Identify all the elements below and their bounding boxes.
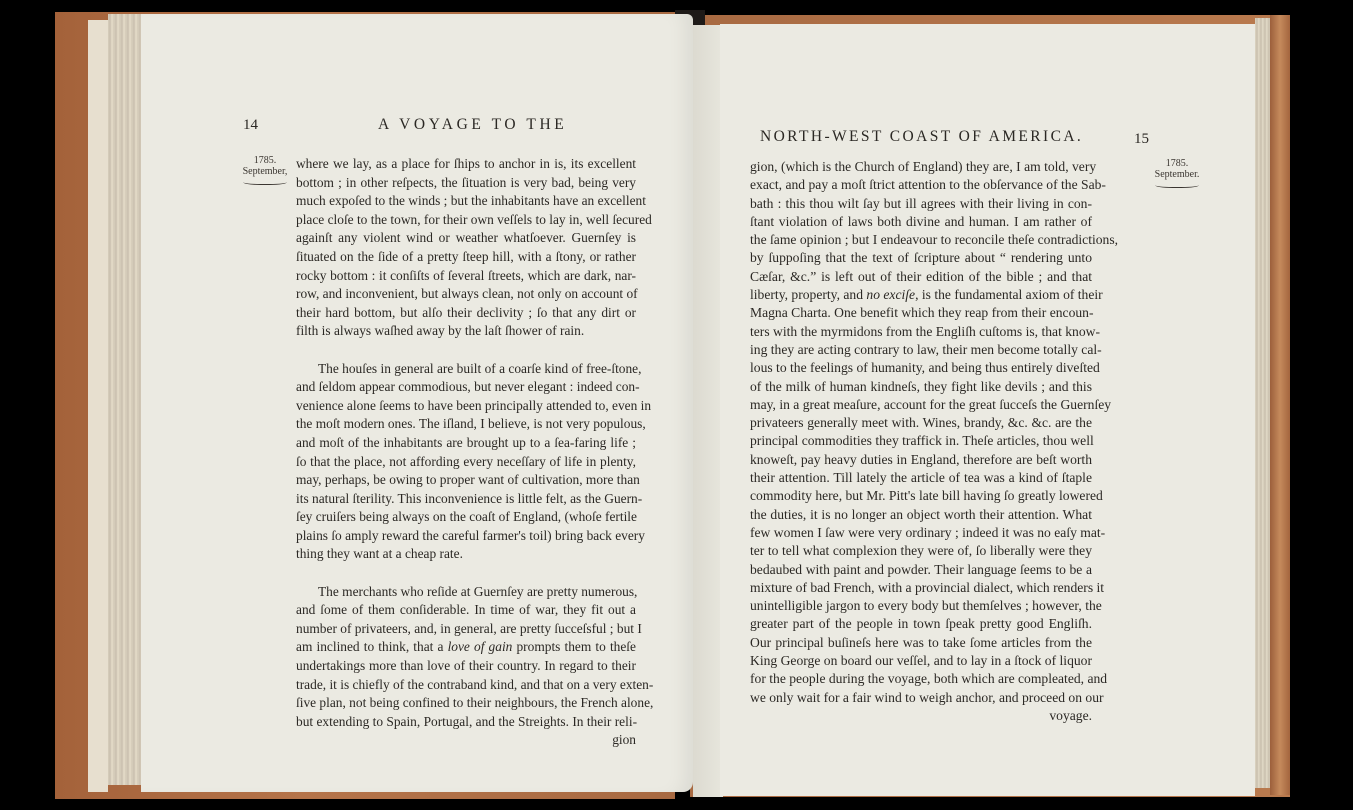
page-number-left: 14 bbox=[243, 117, 258, 134]
text-line: ſive plan, not being confined to their n… bbox=[296, 694, 636, 713]
margin-year: 1785. bbox=[240, 155, 290, 166]
left-endpaper bbox=[88, 20, 108, 792]
text-line: but extending to Spain, Portugal, and th… bbox=[296, 713, 636, 732]
text-line: ing they are acting contrary to law, the… bbox=[750, 341, 1092, 359]
text-line: commodity here, but Mr. Pitt's late bill… bbox=[750, 487, 1092, 505]
italic-phrase: no exciſe bbox=[866, 287, 915, 302]
margin-note-left: 1785. September, bbox=[240, 155, 290, 185]
text-line: where we lay, as a place for ſhips to an… bbox=[296, 155, 636, 174]
right-board-edge bbox=[1270, 15, 1290, 795]
text-line: unintelligible jargon to every body but … bbox=[750, 597, 1092, 615]
text-line: bottom ; in other reſpects, the ſituatio… bbox=[296, 174, 636, 193]
text-line: much expoſed to the winds ; but the inha… bbox=[296, 192, 636, 211]
left-page-edges bbox=[108, 14, 143, 785]
text-line: againſt any violent wind or weather what… bbox=[296, 229, 636, 248]
text-line: bath : this thou wilt ſay but ill agrees… bbox=[750, 195, 1092, 213]
catchword: voyage. bbox=[750, 707, 1092, 725]
text-line: for the people during the voyage, both w… bbox=[750, 670, 1092, 688]
brace-icon bbox=[1155, 181, 1199, 188]
running-head-left: A VOYAGE TO THE bbox=[378, 116, 567, 134]
text-line: the ſame opinion ; but I endeavour to re… bbox=[750, 231, 1092, 249]
text-line: ſtant violation of laws both divine and … bbox=[750, 213, 1092, 231]
text-line: mixture of bad French, with a provincial… bbox=[750, 579, 1092, 597]
gutter bbox=[693, 25, 723, 797]
text-line: may, in a great meaſure, account for the… bbox=[750, 396, 1092, 414]
text-line: filth is always waſhed away by the laſt … bbox=[296, 322, 636, 341]
text-line: by ſuppoſing that the text of ſcripture … bbox=[750, 249, 1092, 267]
text-line: bedaubed with paint and powder. Their la… bbox=[750, 561, 1092, 579]
text-line: of the milk of human kindneſs, they figh… bbox=[750, 378, 1092, 396]
text-line: Cæſar, &c.” is left out of their edition… bbox=[750, 268, 1092, 286]
text-line: greater part of the people in town ſpeak… bbox=[750, 615, 1092, 633]
text-line: Our principal buſineſs here was to take … bbox=[750, 634, 1092, 652]
text-line: ter to tell what complexion they were of… bbox=[750, 542, 1092, 560]
text-line: gion, (which is the Church of England) t… bbox=[750, 158, 1092, 176]
text-line: and ſeldom appear commodious, but never … bbox=[296, 378, 636, 397]
paragraph-gap bbox=[296, 341, 636, 360]
text-line: may, perhaps, be owing to proper want of… bbox=[296, 471, 636, 490]
text-line: the moſt modern ones. The iſland, I beli… bbox=[296, 415, 636, 434]
text-line: lous to the feelings of humanity, and be… bbox=[750, 359, 1092, 377]
text-line: privateers generally meet with. Wines, b… bbox=[750, 414, 1092, 432]
catchword: gion bbox=[296, 731, 636, 750]
text-line: few women I ſaw were very ordinary ; ind… bbox=[750, 524, 1092, 542]
text-line: their attention. Till lately the article… bbox=[750, 469, 1092, 487]
right-page-body: gion, (which is the Church of England) t… bbox=[750, 158, 1092, 725]
text-line: ters with the myrmidons from the Engliſh… bbox=[750, 323, 1092, 341]
page-number-right: 15 bbox=[1134, 131, 1149, 148]
text-line: number of privateers, and, in general, a… bbox=[296, 620, 636, 639]
text-line: ſey cruiſers being always on the coaſt o… bbox=[296, 508, 636, 527]
text-line: ſo that the place, not affording every n… bbox=[296, 453, 636, 472]
margin-month: September, bbox=[240, 166, 290, 177]
text-line: row, and inconvenient, but always clean,… bbox=[296, 285, 636, 304]
text-line: King George on board our veſſel, and to … bbox=[750, 652, 1092, 670]
text-line: ſituated on the ſide of a pretty ſteep h… bbox=[296, 248, 636, 267]
text-line: The merchants who reſide at Guernſey are… bbox=[296, 583, 636, 602]
text-line-with-italic: liberty, property, and no exciſe, is the… bbox=[750, 286, 1092, 304]
brace-icon bbox=[243, 178, 287, 185]
text-line: undertakings more than love of their cou… bbox=[296, 657, 636, 676]
text-line: Magna Charta. One benefit which they rea… bbox=[750, 304, 1092, 322]
text-line: and moſt of the inhabitants are brought … bbox=[296, 434, 636, 453]
italic-phrase: love of gain bbox=[448, 639, 513, 654]
text-line: place cloſe to the town, for their own v… bbox=[296, 211, 636, 230]
margin-month: September. bbox=[1148, 169, 1206, 180]
text-line: trade, it is chiefly of the contraband k… bbox=[296, 676, 636, 695]
text-line: the duties, it is no longer an object wo… bbox=[750, 506, 1092, 524]
text-line: their hard bottom, but alſo their decliv… bbox=[296, 304, 636, 323]
text-line: exact, and pay a moſt ſtrict attention t… bbox=[750, 176, 1092, 194]
text-line: plains ſo amply reward the careful farme… bbox=[296, 527, 636, 546]
text-line: rocky bottom : it conſiſts of ſeveral ſt… bbox=[296, 267, 636, 286]
text-line: The houſes in general are built of a coa… bbox=[296, 360, 636, 379]
text-line: thing they want at a cheap rate. bbox=[296, 545, 636, 564]
margin-year: 1785. bbox=[1148, 158, 1206, 169]
text-line-with-italic: am inclined to think, that a love of gai… bbox=[296, 638, 636, 657]
text-line: and ſome of them conſiderable. In time o… bbox=[296, 601, 636, 620]
text-line: knoweſt, pay heavy duties in England, th… bbox=[750, 451, 1092, 469]
text-line: we only wait for a fair wind to weigh an… bbox=[750, 689, 1092, 707]
running-head-right: NORTH-WEST COAST OF AMERICA. bbox=[760, 128, 1083, 146]
text-line: venience alone ſeems to have been princi… bbox=[296, 397, 636, 416]
text-line: principal commodities they traffick in. … bbox=[750, 432, 1092, 450]
text-line: its natural ſterility. This inconvenienc… bbox=[296, 490, 636, 509]
paragraph-gap bbox=[296, 564, 636, 583]
margin-note-right: 1785. September. bbox=[1148, 158, 1206, 188]
left-page-body: where we lay, as a place for ſhips to an… bbox=[296, 155, 636, 750]
